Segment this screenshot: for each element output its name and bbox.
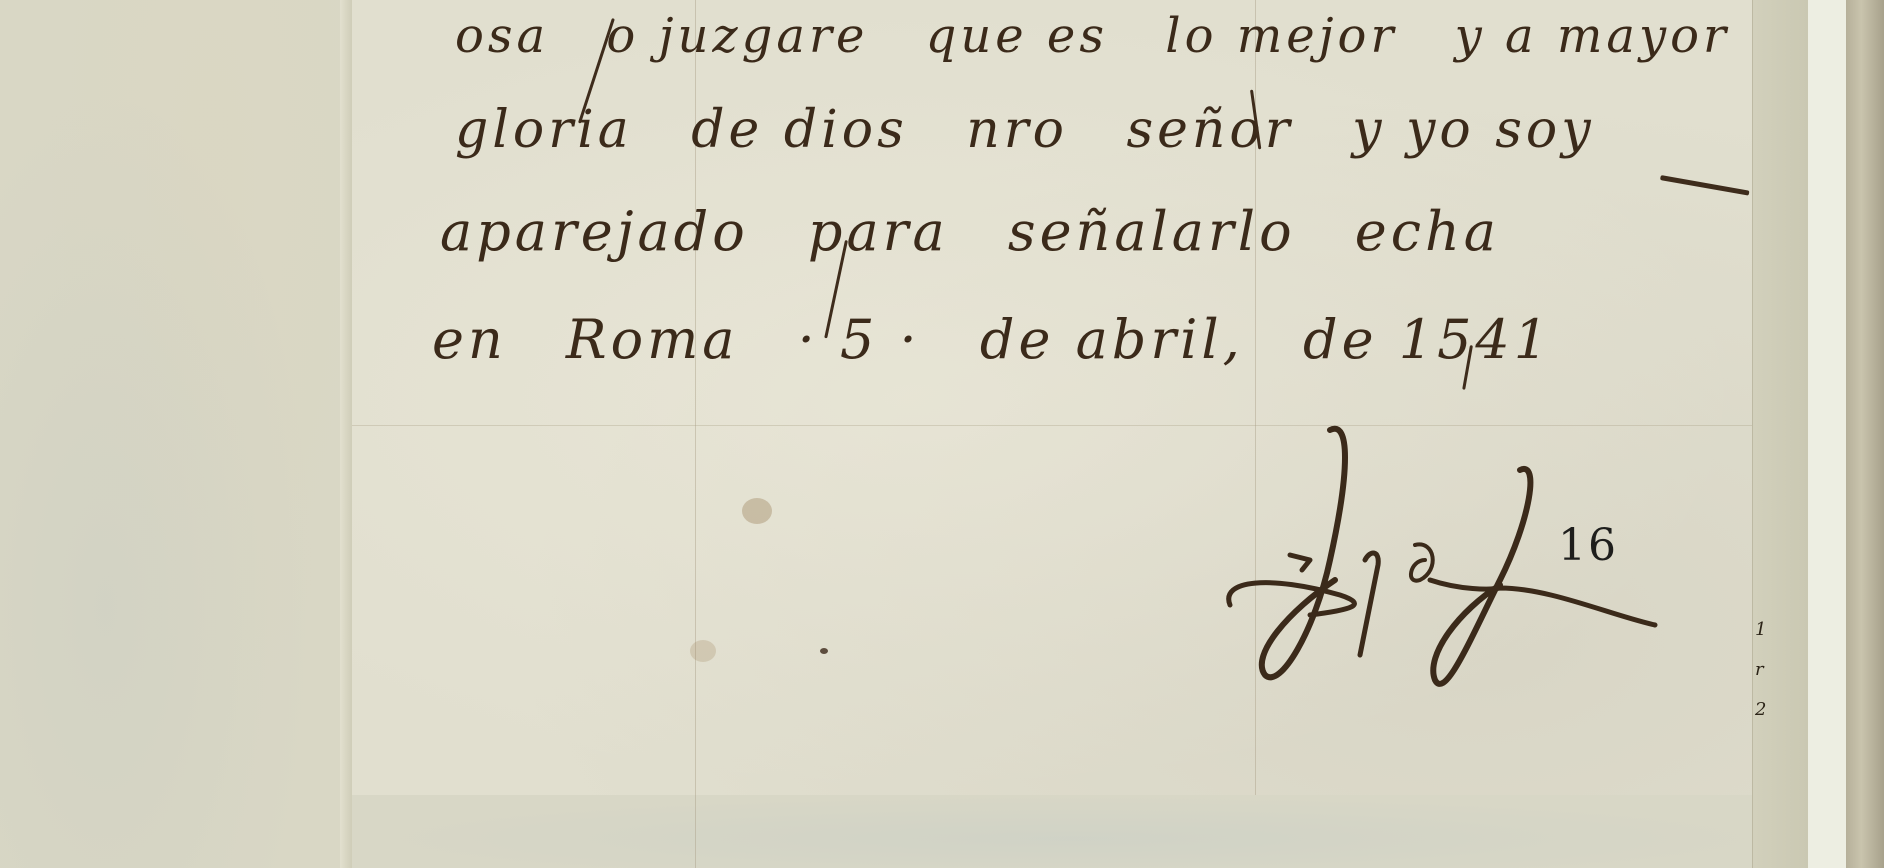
- margin-mark: 2: [1755, 690, 1785, 730]
- handwritten-line-2: gloria de dios nro señor y yo soy: [455, 100, 1633, 160]
- word: de abril,: [980, 308, 1244, 371]
- word: nro: [966, 100, 1068, 160]
- ink-speck: [820, 648, 828, 654]
- word: aparejado: [440, 200, 749, 263]
- left-mounting-paper: [0, 0, 352, 868]
- word: señalarlo: [1008, 200, 1296, 263]
- word: · 5 ·: [798, 308, 921, 371]
- handwritten-line-3: aparejado para señalarlo echa: [440, 200, 1538, 263]
- manuscript-scan: osa o juzgare que es lo mejor y a mayor …: [0, 0, 1884, 868]
- right-white-strip: [1808, 0, 1846, 868]
- handwritten-line-1: osa o juzgare que es lo mejor y a mayor: [455, 8, 1768, 64]
- word: y yo soy: [1352, 100, 1595, 160]
- word: y a mayor: [1455, 8, 1730, 64]
- lower-attached-sheet: [352, 795, 1792, 868]
- right-binding-margin: [1752, 0, 1809, 868]
- handwritten-line-4: en Roma · 5 · de abril, de 1541: [432, 308, 1590, 371]
- word: gloria: [455, 100, 633, 160]
- page-number: 16: [1558, 520, 1618, 571]
- word: de 1541: [1303, 308, 1552, 371]
- word: señor: [1126, 100, 1293, 160]
- book-spine-edge: [1846, 0, 1884, 868]
- stain-spot: [690, 640, 716, 662]
- word: que es: [926, 8, 1108, 64]
- word: lo mejor: [1165, 8, 1397, 64]
- word: echa: [1355, 200, 1500, 263]
- word: de dios: [691, 100, 908, 160]
- stain-spot: [742, 498, 772, 524]
- margin-mark: 1: [1755, 610, 1785, 650]
- word: Roma: [566, 308, 739, 371]
- word: o juzgare: [606, 8, 868, 64]
- word: para: [808, 200, 949, 263]
- margin-mark: r: [1755, 650, 1785, 690]
- word: en: [432, 308, 507, 371]
- word: osa: [455, 8, 549, 64]
- mounting-edge: [340, 0, 352, 868]
- margin-marks: 1 r 2: [1755, 610, 1785, 730]
